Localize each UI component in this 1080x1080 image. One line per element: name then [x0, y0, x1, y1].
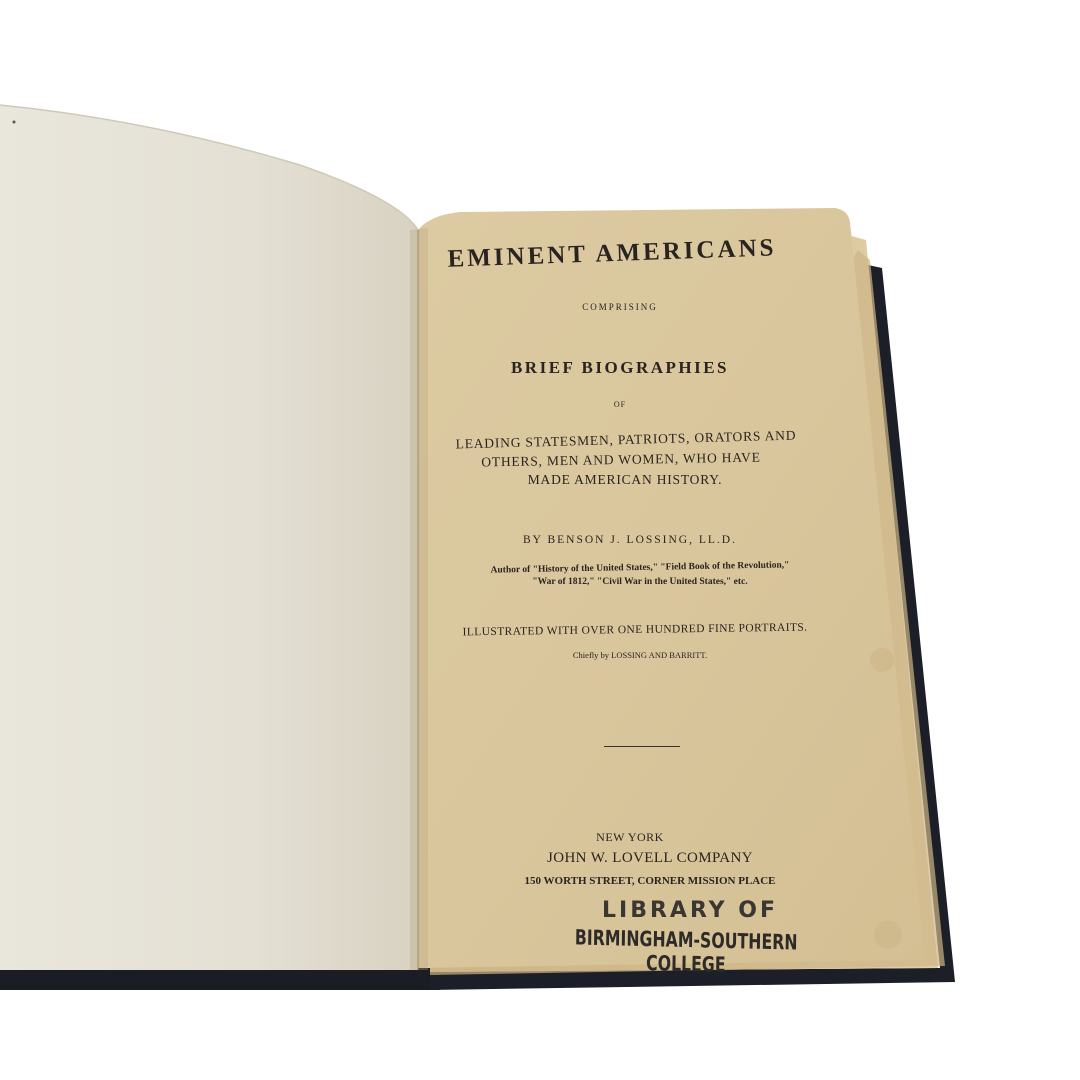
title-page: EMINENT AMERICANS COMPRISING BRIEF BIOGR…: [0, 0, 1080, 1080]
illustrators-note: Chiefly by LOSSING AND BARRITT.: [540, 650, 740, 660]
illustrated-note: ILLUSTRATED WITH OVER ONE HUNDRED FINE P…: [440, 621, 830, 638]
of-label: OF: [600, 400, 640, 409]
publisher-city: NEW YORK: [580, 830, 680, 845]
publisher-name: JOHN W. LOVELL COMPANY: [520, 850, 780, 867]
divider-rule: [604, 746, 680, 747]
book-title: EMINENT AMERICANS: [432, 234, 793, 275]
library-stamp-line1: LIBRARY OF: [580, 898, 800, 923]
library-stamp-line2: BIRMINGHAM-SOUTHERN COLLEGE: [566, 925, 807, 979]
author-credits-line: Author of "History of the United States,…: [450, 560, 830, 577]
comprising-label: COMPRISING: [520, 302, 720, 312]
author-credits-line: "War of 1812," "Civil War in the United …: [490, 577, 790, 587]
open-book-photo: EMINENT AMERICANS COMPRISING BRIEF BIOGR…: [0, 0, 1080, 1080]
description-line: MADE AMERICAN HISTORY.: [480, 472, 770, 488]
publisher-address: 150 WORTH STREET, CORNER MISSION PLACE: [500, 875, 800, 887]
book-subtitle: BRIEF BIOGRAPHIES: [470, 358, 770, 378]
author-byline: BY BENSON J. LOSSING, LL.D.: [490, 534, 770, 546]
description-line: OTHERS, MEN AND WOMEN, WHO HAVE: [456, 449, 786, 471]
